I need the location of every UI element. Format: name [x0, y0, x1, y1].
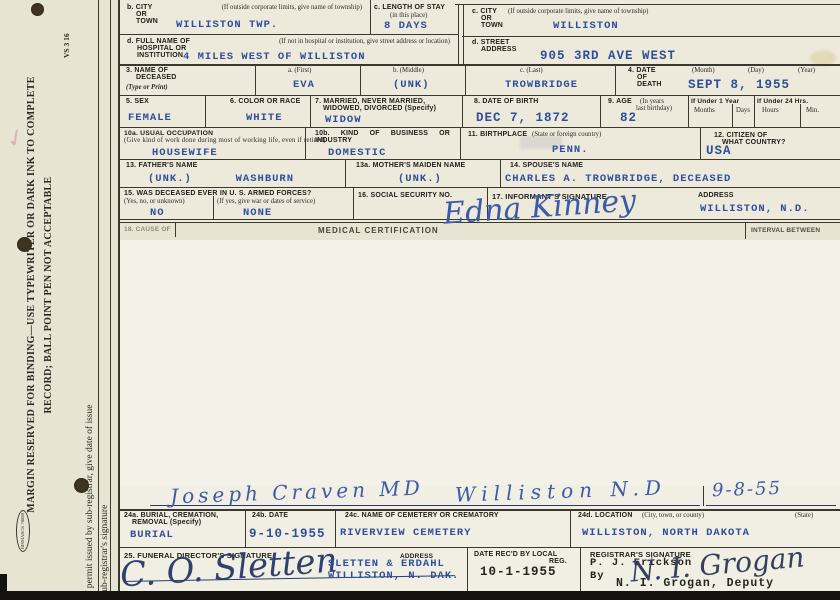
citizen-label-1: 12. CITIZEN OF [714, 132, 767, 139]
street-label-2: ADDRESS [481, 46, 517, 53]
age-label: 9. AGE [608, 98, 632, 105]
res-city-or: OR [481, 15, 492, 22]
occupation-label: 10a. USUAL OCCUPATION (Give kind of work… [124, 130, 302, 144]
death-certificate-scan: VS 3 16 MARGIN RESERVED FOR BINDING—USE … [0, 0, 840, 600]
res-city-town: TOWN [481, 22, 503, 29]
fd-city-value: WILLISTON, N. DAK. [328, 570, 459, 582]
divider [345, 159, 346, 187]
divider [98, 0, 99, 600]
subregistrar-note: Sub-registrar's signature [100, 437, 110, 597]
cemetery-label: 24c. NAME OF CEMETERY OR CREMATORY [345, 512, 499, 519]
registrar-deputy-typed: N. I. Grogan, Deputy [616, 577, 774, 590]
hospital-label-2: HOSPITAL OR [137, 45, 186, 52]
divider [353, 187, 354, 220]
sex-value: FEMALE [128, 112, 172, 124]
pod-city-or: OR [136, 11, 147, 18]
punch-hole [31, 3, 44, 16]
age-note-2: last birthday) [636, 105, 672, 112]
divider [570, 509, 571, 547]
min-label: Min. [806, 107, 819, 114]
form-blank-background [119, 240, 840, 485]
first-name-value: EVA [293, 79, 315, 91]
name-label-2: DECEASED [136, 74, 177, 81]
punch-hole [17, 237, 32, 252]
military-note-2: (If yes, give war or dates of service) [217, 198, 315, 205]
divider [118, 127, 840, 128]
age-note-1: (In years [640, 98, 664, 105]
physician-date: 9-8-55 [712, 478, 783, 501]
under-24-hrs-label: If Under 24 Hrs. [757, 98, 808, 105]
fd-firm-value: SLETTEN & ERDAHL [328, 558, 445, 570]
race-value: WHITE [246, 112, 283, 124]
form-left-border [118, 0, 120, 591]
under-1-year-label: If Under 1 Year [691, 98, 739, 105]
divider [458, 4, 459, 64]
punch-hole [74, 478, 89, 493]
citizen-label-2: WHAT COUNTRY? [722, 139, 786, 146]
citizen-value: USA [706, 144, 732, 158]
burial-label-2: REMOVAL (Specify) [132, 519, 201, 526]
location-label: 24d. LOCATION [578, 512, 633, 519]
printer-union-stamp: BISMARCK 78880 [16, 510, 30, 552]
military-note-1: (Yes, no, or unknown) [124, 198, 185, 205]
date-received-value: 10-1-1955 [480, 565, 557, 579]
race-label: 6. COLOR OR RACE [230, 98, 300, 105]
industry-value: DOMESTIC [328, 147, 386, 159]
middle-name-value: (UNK) [393, 79, 430, 91]
location-value: WILLISTON, NORTH DAKOTA [582, 527, 750, 539]
last-name-value: TROWBRIDGE [505, 79, 578, 91]
dob-label: 8. DATE OF BIRTH [474, 98, 539, 105]
divider [703, 486, 704, 506]
name-label-1: 3. NAME OF [126, 67, 168, 74]
divider [310, 95, 311, 127]
divider [118, 95, 840, 96]
days-label: Days [736, 107, 750, 114]
military-value-1: NO [150, 207, 165, 219]
divider [245, 509, 246, 547]
divider [460, 127, 461, 159]
date-received-label-2: REG. [549, 558, 567, 565]
divider [745, 222, 746, 239]
divider [118, 34, 458, 35]
first-name-label: a. (First) [288, 67, 311, 74]
dod-value: SEPT 8, 1955 [688, 78, 790, 92]
divider [205, 95, 206, 127]
divider [175, 222, 176, 237]
middle-name-label: b. (Middle) [393, 67, 424, 74]
father-label: 13. FATHER'S NAME [126, 162, 197, 169]
marital-label-1: 7. MARRIED, NEVER MARRIED, [315, 98, 425, 105]
burial-value: BURIAL [130, 529, 174, 541]
divider [600, 95, 601, 127]
dod-label-1: 4. DATE [628, 67, 656, 74]
ssn-label: 16. SOCIAL SECURITY NO. [358, 192, 452, 199]
divider [118, 159, 840, 160]
divider [213, 196, 214, 220]
stay-note: (in this place) [390, 12, 427, 19]
divider [500, 159, 501, 187]
dod-year-note: (Year) [798, 67, 815, 74]
divider [455, 4, 840, 5]
divider [465, 64, 466, 95]
date-received-label-1: DATE REC'D BY LOCAL [474, 551, 557, 558]
hospital-note: (If not in hospital or institution, give… [200, 38, 450, 45]
divider [800, 104, 801, 127]
divider [580, 547, 581, 591]
birthplace-note: (State or foreign country) [532, 131, 601, 138]
res-city-note: (If outside corporate limits, give name … [508, 8, 648, 15]
dod-label-2: OF [637, 74, 647, 81]
dod-day-note: (Day) [748, 67, 764, 74]
dod-label-3: DEATH [637, 81, 662, 88]
hospital-value: 4 MILES WEST OF WILLISTON [183, 51, 366, 63]
signature-rule [706, 505, 836, 506]
divider [688, 95, 689, 127]
pod-city-town: TOWN [136, 18, 158, 25]
permit-note: If permit issued by sub-registrar, give … [85, 127, 95, 597]
burial-date-label: 24b. DATE [252, 512, 288, 519]
divider [462, 36, 840, 37]
burial-date-value: 9-10-1955 [249, 527, 326, 541]
hospital-label-1: d. FULL NAME OF [127, 38, 190, 45]
dob-value: DEC 7, 1872 [476, 111, 570, 125]
divider [110, 0, 111, 600]
marital-label-2: WIDOWED, DIVORCED (Specify) [323, 105, 436, 112]
divider [370, 0, 371, 34]
scan-corner-edge [0, 574, 7, 600]
hours-label: Hours [762, 107, 779, 114]
age-value: 82 [620, 111, 637, 125]
informant-address-value: WILLISTON, N.D. [700, 203, 810, 215]
divider [118, 509, 840, 511]
pod-city-value: WILLISTON TWP. [176, 19, 278, 31]
spouse-label: 14. SPOUSE'S NAME [510, 162, 583, 169]
scan-bottom-edge [0, 591, 840, 600]
informant-address-label: ADDRESS [698, 192, 734, 199]
dod-month-note: (Month) [692, 67, 715, 74]
industry-label: 10b. KIND OF BUSINESS OR INDUSTRY [315, 130, 450, 144]
street-label-1: d. STREET [472, 39, 510, 46]
hospital-label-3: INSTITUTION [137, 52, 183, 59]
burial-label-1: 24a. BURIAL, CREMATION, [124, 512, 218, 519]
medical-certification-title: MEDICAL CERTIFICATION [318, 226, 439, 235]
res-city-label: c. CITY [472, 8, 497, 15]
form-code: VS 3 16 [62, 6, 71, 58]
mother-label: 13a. MOTHER'S MAIDEN NAME [356, 162, 465, 169]
binding-warning-line1: MARGIN RESERVED FOR BINDING—USE TYPEWRIT… [26, 7, 37, 582]
divider [732, 104, 733, 127]
binding-warning-line2: RECORD; BALL POINT PEN NOT ACCEPTABLE [43, 50, 54, 540]
name-note: (Type or Print) [126, 84, 168, 91]
divider [754, 95, 755, 127]
spouse-value: CHARLES A. TROWBRIDGE, DECEASED [505, 173, 731, 185]
stay-label: c. LENGTH OF STAY [374, 4, 445, 11]
divider [615, 64, 616, 95]
stay-value: 8 DAYS [384, 20, 428, 32]
father-value: (UNK.) WASHBURN [148, 173, 294, 185]
occupation-value: HOUSEWIFE [152, 147, 218, 159]
military-value-2: NONE [243, 207, 272, 219]
registrar-by: By [590, 570, 605, 582]
marital-value: WIDOW [325, 114, 362, 126]
divider [463, 4, 464, 64]
divider [462, 95, 463, 127]
res-city-value: WILLISTON [553, 20, 619, 32]
divider [255, 64, 256, 95]
location-note: (City, town, or county) [642, 512, 704, 519]
divider [360, 64, 361, 95]
pod-city-note: (If outside corporate limits, give name … [172, 4, 362, 11]
cemetery-value: RIVERVIEW CEMETERY [340, 527, 471, 539]
divider [118, 187, 840, 188]
cause-of-death-label: 18. CAUSE OF [124, 226, 171, 233]
divider [118, 64, 840, 66]
state-note: (State) [795, 512, 813, 519]
mother-value: (UNK.) [398, 173, 442, 185]
interval-between-label: INTERVAL BETWEEN [751, 227, 820, 234]
pod-city-label: b. CITY [127, 4, 153, 11]
birthplace-value: PENN. [552, 144, 589, 156]
divider [467, 547, 468, 591]
divider [700, 127, 701, 159]
military-label: 15. WAS DECEASED EVER IN U. S. ARMED FOR… [124, 190, 311, 197]
months-label: Months [694, 107, 715, 114]
sex-label: 5. SEX [126, 98, 149, 105]
birthplace-label: 11. BIRTHPLACE [468, 131, 527, 138]
street-value: 905 3RD AVE WEST [540, 49, 676, 63]
last-name-label: c. (Last) [520, 67, 543, 74]
